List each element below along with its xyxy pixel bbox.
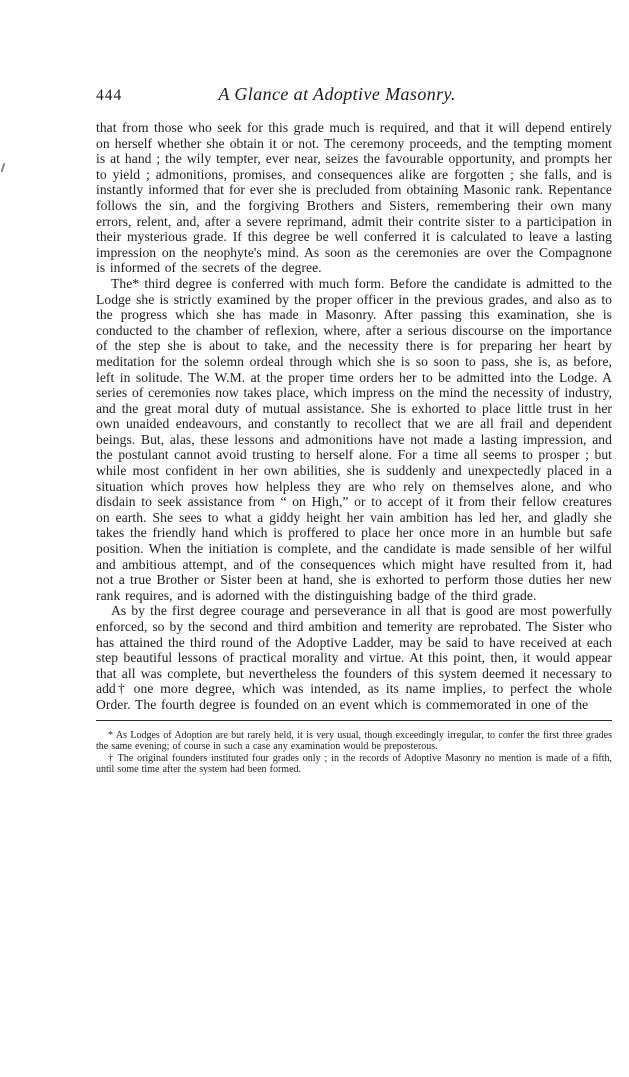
body-paragraph-1: that from those who seek for this grade … xyxy=(96,120,612,276)
body-text: that from those who seek for this grade … xyxy=(96,120,612,713)
running-title: A Glance at Adoptive Masonry. xyxy=(122,84,612,105)
footnote-separator-rule xyxy=(96,720,612,721)
body-paragraph-2: The* third degree is conferred with much… xyxy=(96,276,612,603)
page-number: 444 xyxy=(96,87,122,105)
footnote-asterisk: * As Lodges of Adoption are but rarely h… xyxy=(96,730,612,753)
footnotes: * As Lodges of Adoption are but rarely h… xyxy=(96,730,612,776)
footnote-dagger: † The original founders instituted four … xyxy=(96,753,612,776)
page-header: 444 A Glance at Adoptive Masonry. xyxy=(96,84,612,105)
body-paragraph-3: As by the first degree courage and perse… xyxy=(96,603,612,712)
scan-artifact-mark xyxy=(1,163,5,172)
text-block: 444 A Glance at Adoptive Masonry. that f… xyxy=(96,84,612,776)
scanned-book-page: 444 A Glance at Adoptive Masonry. that f… xyxy=(0,0,629,1077)
